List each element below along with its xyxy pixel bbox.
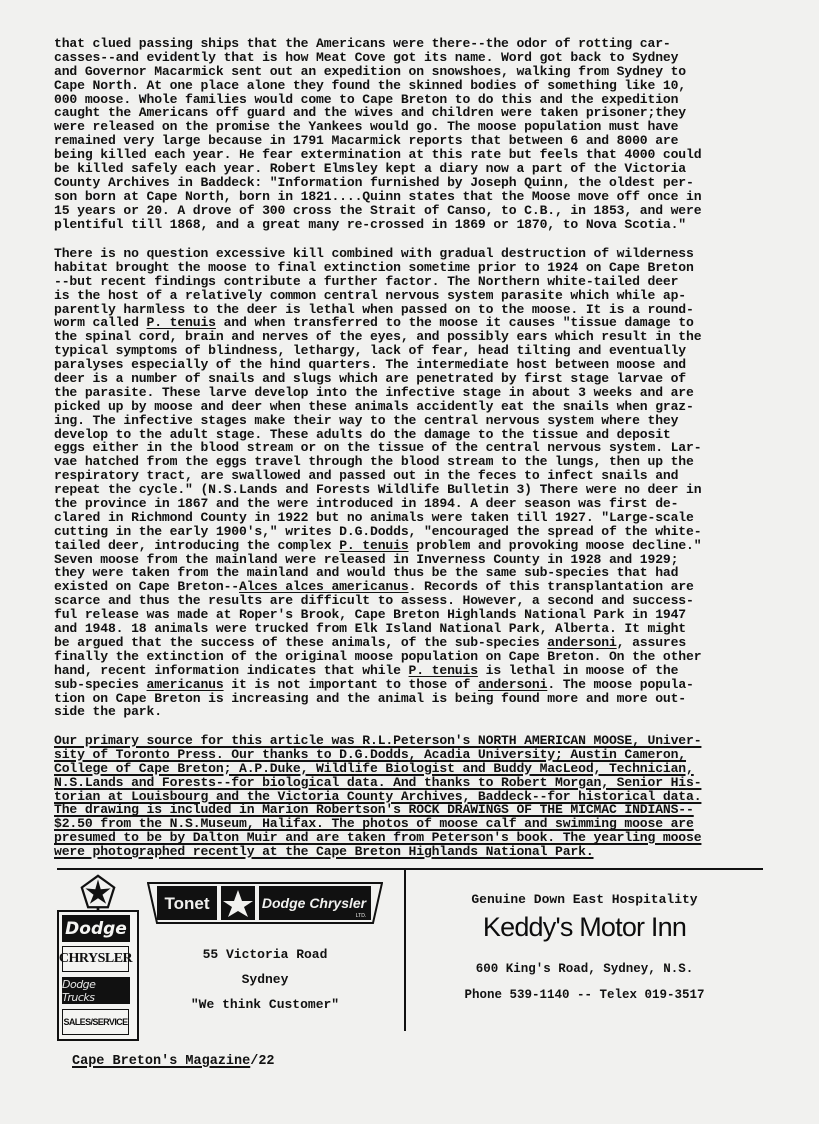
text-line: the parasite. These larve develop into t… [54,386,766,400]
magazine-title: Cape Breton's Magazine [72,1054,250,1069]
text-line: casses--and evidently that is how Meat C… [54,51,766,65]
dealer-banner: Tonet Dodge Chrysler LTD. [147,882,383,924]
text-line: finally the extinction of the original m… [54,650,766,664]
text-line: develop to the adult stage. These adults… [54,428,766,442]
text-line: habitat brought the moose to final extin… [54,261,766,275]
text-line: the province in 1867 and the were introd… [54,497,766,511]
banner-dodge-chrysler: Dodge Chrysler [262,895,368,911]
text-line: side the park. [54,705,766,719]
pole-sign-sales-service: SALES/SERVICE [62,1009,129,1035]
text-line: ing. The infective stages make their way… [54,414,766,428]
magazine-page: that clued passing ships that the Americ… [0,0,819,1124]
inn-phone: Phone 539-1140 -- Telex 019-3517 [406,988,763,1002]
text-line: repeat the cycle." (N.S.Lands and Forest… [54,483,766,497]
text-line: Seven moose from the mainland were relea… [54,553,766,567]
text-line: eggs either in the blood stream or on th… [54,441,766,455]
text-line: deer is a number of snails and slugs whi… [54,372,766,386]
text-line: caught the Americans off guard and the w… [54,106,766,120]
text-line: Cape North. At one place alone they foun… [54,79,766,93]
dealer-city: Sydney [147,967,383,992]
pole-sign-chrysler: CHRYSLER [62,946,129,972]
text-line: 15 years or 20. A drove of 300 cross the… [54,204,766,218]
text-line: worm called P. tenuis and when transferr… [54,316,766,330]
text-line: being killed each year. He fear extermin… [54,148,766,162]
banner-tonet: Tonet [164,894,209,913]
text-line: tailed deer, introducing the complex P. … [54,539,766,553]
banner-ltd: LTD. [356,913,366,919]
text-line: typical symptoms of blindness, lethargy,… [54,344,766,358]
text-line: ful release was made at Roper's Brook, C… [54,608,766,622]
text-line: --but recent findings contribute a furth… [54,275,766,289]
text-line: the spinal cord, brain and nerves of the… [54,330,766,344]
text-line: be argued that the success of these anim… [54,636,766,650]
pole-sign: Dodge CHRYSLER Dodge Trucks SALES/SERVIC… [57,910,139,1041]
dealer-ad: Dodge CHRYSLER Dodge Trucks SALES/SERVIC… [57,870,404,1045]
text-line: hand, recent information indicates that … [54,664,766,678]
dealer-contact: 55 Victoria Road Sydney "We think Custom… [147,942,383,1017]
text-line: torian at Louisbourg and the Victoria Co… [54,790,766,804]
text-line: College of Cape Breton; A.P.Duke, Wildli… [54,762,766,776]
text-line: clared in Richmond County in 1922 but no… [54,511,766,525]
pole-sign-dodge: Dodge [62,915,130,942]
text-line: and 1948. 18 animals were trucked from E… [54,622,766,636]
text-line: paralyses especially of the hind quarter… [54,358,766,372]
text-line: picked up by moose and deer when these a… [54,400,766,414]
text-line: be killed safely each year. Robert Elmsl… [54,162,766,176]
text-line: were released on the promise the Yankees… [54,120,766,134]
text-line: sub-species americanus it is not importa… [54,678,766,692]
article-credits: Our primary source for this article was … [54,734,766,859]
page-footer: Cape Breton's Magazine/22 [72,1054,275,1069]
inn-tagline: Genuine Down East Hospitality [406,892,763,907]
text-line: cutting in the early 1900's," writes D.G… [54,525,766,539]
text-line: son born at Cape North, born in 1821....… [54,190,766,204]
text-line: plentiful till 1868, and a great many re… [54,218,766,232]
text-line: that clued passing ships that the Americ… [54,37,766,51]
page-number: /22 [250,1054,274,1069]
text-line: Our primary source for this article was … [54,734,766,748]
text-line: and Governor Macarmick sent out an exped… [54,65,766,79]
text-line: 000 moose. Whole families would come to … [54,93,766,107]
pentastar-logo-icon [80,874,116,910]
article-paragraph-1: that clued passing ships that the Americ… [54,37,766,231]
dealer-slogan: "We think Customer" [147,992,383,1017]
text-line: There is no question excessive kill comb… [54,247,766,261]
pole-sign-trucks: Dodge Trucks [62,977,130,1004]
text-line: they were taken from the mainland and wo… [54,566,766,580]
text-line: parently harmless to the deer is lethal … [54,303,766,317]
article-paragraph-2: There is no question excessive kill comb… [54,247,766,719]
text-line: is the host of a relatively common centr… [54,289,766,303]
inn-name: Keddy's Motor Inn [406,912,763,943]
text-line: vae hatched from the eggs travel through… [54,455,766,469]
text-line: $2.50 from the N.S.Museum, Halifax. The … [54,817,766,831]
text-line: scarce and thus the results are difficul… [54,594,766,608]
dealer-address: 55 Victoria Road [147,942,383,967]
text-line: sity of Toronto Press. Our thanks to D.G… [54,748,766,762]
inn-ad: Genuine Down East Hospitality Keddy's Mo… [406,870,763,1030]
text-line: were photographed recently at the Cape B… [54,845,766,859]
text-line: respiratory tract, are swallowed and pas… [54,469,766,483]
text-line: N.S.Lands and Forests--for biological da… [54,776,766,790]
text-line: County Archives in Baddeck: "Information… [54,176,766,190]
text-line: existed on Cape Breton--Alces alces amer… [54,580,766,594]
text-line: tion on Cape Breton is increasing and th… [54,692,766,706]
text-line: remained very large because in 1791 Maca… [54,134,766,148]
text-line: The drawing is included in Marion Robert… [54,803,766,817]
inn-address: 600 King's Road, Sydney, N.S. [406,962,763,976]
text-line: presumed to be by Dalton Muir and are ta… [54,831,766,845]
